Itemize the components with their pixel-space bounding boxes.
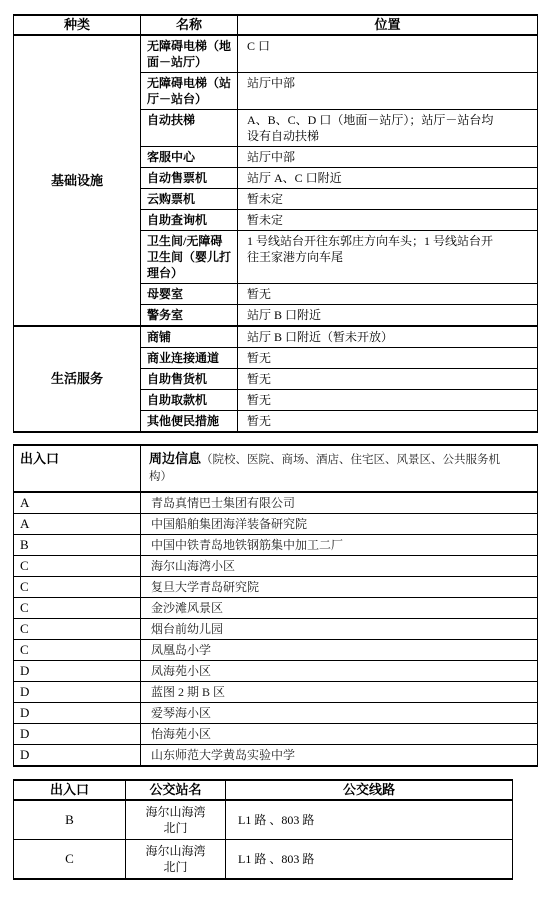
facility-name: 自助查询机 xyxy=(141,210,238,231)
category-cell-basic-facilities: 基础设施 xyxy=(14,35,141,326)
exit-letter: C xyxy=(14,598,141,619)
surrounding-place: 烟台前幼儿园 xyxy=(141,619,538,640)
table-row: 基础设施 无障碍电梯（地 面－站厅） C 口 xyxy=(14,35,538,73)
exit-letter: C xyxy=(14,640,141,661)
exit-letter: C xyxy=(14,619,141,640)
exits-table: 出入口 周边信息（院校、医院、商场、酒店、住宅区、风景区、公共服务机 构） A … xyxy=(13,444,538,767)
category-cell-life-services: 生活服务 xyxy=(14,326,141,432)
facility-location: 暂未定 xyxy=(238,210,538,231)
facility-location: 暂无 xyxy=(238,348,538,369)
facility-name: 自动售票机 xyxy=(141,168,238,189)
surrounding-place: 中国船舶集团海洋装备研究院 xyxy=(141,514,538,535)
bus-stop-name: 海尔山海湾 北门 xyxy=(126,800,226,840)
exit-letter: A xyxy=(14,492,141,514)
bus-header-row: 出入口 公交站名 公交线路 xyxy=(14,780,513,800)
facility-name: 无障碍电梯（地 面－站厅） xyxy=(141,35,238,73)
table-row: C 海尔山海湾小区 xyxy=(14,556,538,577)
surrounding-place: 怡海苑小区 xyxy=(141,724,538,745)
facility-location: 站厅中部 xyxy=(238,147,538,168)
facility-name: 卫生间/无障碍 卫生间（婴儿打 理台） xyxy=(141,231,238,284)
table-row: C 海尔山海湾 北门 L1 路 、803 路 xyxy=(14,840,513,880)
surrounding-place: 山东师范大学黄岛实验中学 xyxy=(141,745,538,767)
exit-letter: D xyxy=(14,682,141,703)
table-row: C 复旦大学青岛研究院 xyxy=(14,577,538,598)
table-row: C 烟台前幼儿园 xyxy=(14,619,538,640)
facility-name: 自助售货机 xyxy=(141,369,238,390)
facility-name: 商业连接通道 xyxy=(141,348,238,369)
facility-location: 站厅 B 口附近 xyxy=(238,305,538,327)
facility-name: 客服中心 xyxy=(141,147,238,168)
header-bus-stop: 公交站名 xyxy=(126,780,226,800)
header-name: 名称 xyxy=(141,15,238,35)
table-row: 生活服务 商铺 站厅 B 口附近（暂未开放） xyxy=(14,326,538,348)
facility-name: 无障碍电梯（站 厅－站台） xyxy=(141,73,238,110)
surrounding-place: 蓝图 2 期 B 区 xyxy=(141,682,538,703)
facility-location: 暂未定 xyxy=(238,189,538,210)
table-row: D 蓝图 2 期 B 区 xyxy=(14,682,538,703)
facility-location: C 口 xyxy=(238,35,538,73)
table-row: B 中国中铁青岛地铁钢筋集中加工二厂 xyxy=(14,535,538,556)
exit-letter: D xyxy=(14,724,141,745)
header-exit: 出入口 xyxy=(14,445,141,492)
facility-location: A、B、C、D 口（地面－站厅）；站厅－站台均 设有自动扶梯 xyxy=(238,110,538,147)
table-row: D 凤海苑小区 xyxy=(14,661,538,682)
surrounding-place: 凤海苑小区 xyxy=(141,661,538,682)
exit-letter: C xyxy=(14,556,141,577)
surrounding-place: 金沙滩风景区 xyxy=(141,598,538,619)
surrounding-place: 青岛真情巴士集团有限公司 xyxy=(141,492,538,514)
surrounding-place: 中国中铁青岛地铁钢筋集中加工二厂 xyxy=(141,535,538,556)
exit-letter: B xyxy=(14,800,126,840)
facility-name: 其他便民措施 xyxy=(141,411,238,433)
station-info-page: 种类 名称 位置 基础设施 无障碍电梯（地 面－站厅） C 口 无障碍电梯（站 … xyxy=(0,0,556,924)
header-category: 种类 xyxy=(14,15,141,35)
exit-letter: A xyxy=(14,514,141,535)
table-row: D 爱琴海小区 xyxy=(14,703,538,724)
facility-name: 自助取款机 xyxy=(141,390,238,411)
exits-header-row: 出入口 周边信息（院校、医院、商场、酒店、住宅区、风景区、公共服务机 构） xyxy=(14,445,538,492)
facility-name: 商铺 xyxy=(141,326,238,348)
facility-location: 暂无 xyxy=(238,390,538,411)
header-bus-lines: 公交线路 xyxy=(226,780,513,800)
surrounding-info-title: 周边信息 xyxy=(149,451,201,466)
table-row: C 凤凰岛小学 xyxy=(14,640,538,661)
facility-location: 暂无 xyxy=(238,284,538,305)
exit-letter: D xyxy=(14,703,141,724)
bus-table: 出入口 公交站名 公交线路 B 海尔山海湾 北门 L1 路 、803 路 C 海… xyxy=(13,779,513,880)
header-exit: 出入口 xyxy=(14,780,126,800)
facility-name: 自动扶梯 xyxy=(141,110,238,147)
facility-location: 站厅 A、C 口附近 xyxy=(238,168,538,189)
facility-name: 云购票机 xyxy=(141,189,238,210)
table-row: B 海尔山海湾 北门 L1 路 、803 路 xyxy=(14,800,513,840)
facility-location: 暂无 xyxy=(238,369,538,390)
table-row: A 青岛真情巴士集团有限公司 xyxy=(14,492,538,514)
surrounding-place: 凤凰岛小学 xyxy=(141,640,538,661)
exit-letter: D xyxy=(14,661,141,682)
bus-lines: L1 路 、803 路 xyxy=(226,840,513,880)
surrounding-place: 复旦大学青岛研究院 xyxy=(141,577,538,598)
facility-location: 站厅 B 口附近（暂未开放） xyxy=(238,326,538,348)
surrounding-place: 海尔山海湾小区 xyxy=(141,556,538,577)
facilities-table: 种类 名称 位置 基础设施 无障碍电梯（地 面－站厅） C 口 无障碍电梯（站 … xyxy=(13,14,538,433)
facility-location: 暂无 xyxy=(238,411,538,433)
bus-stop-name: 海尔山海湾 北门 xyxy=(126,840,226,880)
table-row: D 山东师范大学黄岛实验中学 xyxy=(14,745,538,767)
exit-letter: B xyxy=(14,535,141,556)
bus-lines: L1 路 、803 路 xyxy=(226,800,513,840)
table-row: A 中国船舶集团海洋装备研究院 xyxy=(14,514,538,535)
table-row: D 怡海苑小区 xyxy=(14,724,538,745)
facility-location: 1 号线站台开往东郭庄方向车头；1 号线站台开 往王家港方向车尾 xyxy=(238,231,538,284)
facility-name: 警务室 xyxy=(141,305,238,327)
facility-name: 母婴室 xyxy=(141,284,238,305)
exit-letter: D xyxy=(14,745,141,767)
surrounding-place: 爱琴海小区 xyxy=(141,703,538,724)
surrounding-info-note: （院校、医院、商场、酒店、住宅区、风景区、公共服务机 构） xyxy=(149,454,500,483)
exit-letter: C xyxy=(14,577,141,598)
exit-letter: C xyxy=(14,840,126,880)
header-surrounding-info: 周边信息（院校、医院、商场、酒店、住宅区、风景区、公共服务机 构） xyxy=(141,445,538,492)
table-row: C 金沙滩风景区 xyxy=(14,598,538,619)
facilities-header-row: 种类 名称 位置 xyxy=(14,15,538,35)
facility-location: 站厅中部 xyxy=(238,73,538,110)
header-location: 位置 xyxy=(238,15,538,35)
